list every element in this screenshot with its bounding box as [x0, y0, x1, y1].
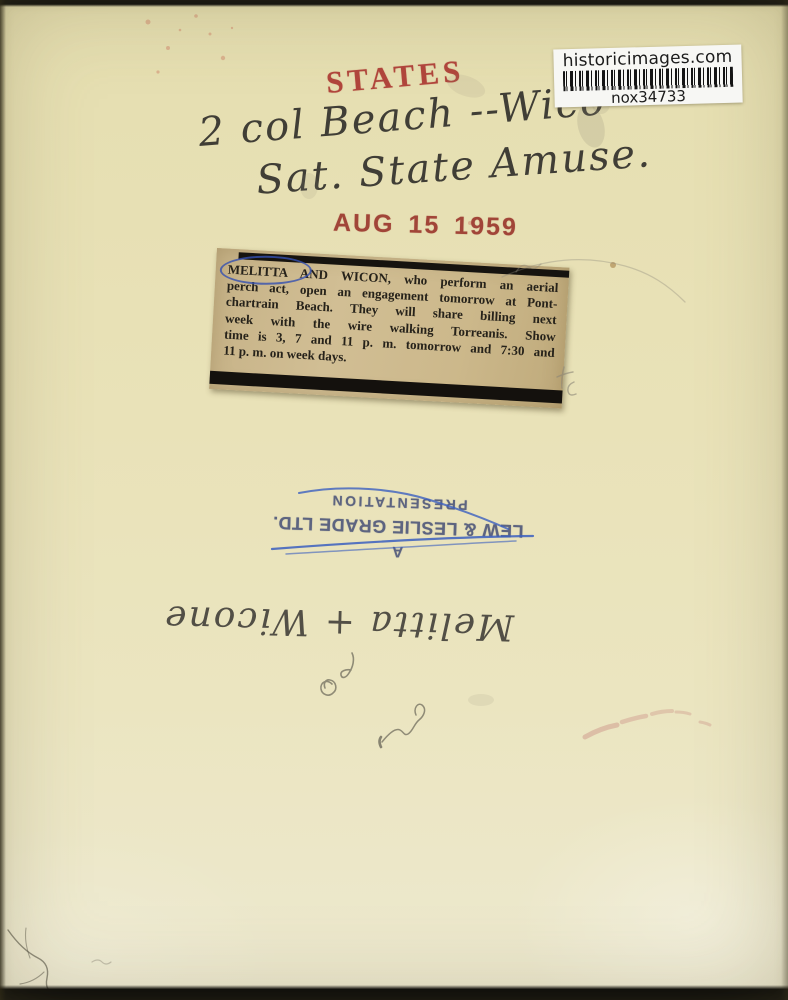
photo-edge-top [0, 0, 788, 7]
photo-edge-left [0, 0, 6, 1000]
handwriting-names-inverted: Melitta + Wicone [166, 597, 515, 647]
agency-stamp-line-a: A [271, 539, 523, 565]
agency-stamp: A LEW & LESLIE GRADE LTD. PRESENTATION [271, 491, 525, 565]
smudge [468, 694, 494, 706]
date-stamp: AUG 15 1959 [333, 209, 519, 243]
barcode-sticker: historicimages.com nox34733 [553, 45, 742, 108]
clipping-bottom-rule [209, 371, 562, 404]
melitta-circle-annotation [220, 256, 312, 285]
press-photo-back: historicimages.com nox34733 STATES 2 col… [0, 0, 788, 1000]
pencil-squiggles [92, 653, 425, 964]
agency-stamp-line-name: LEW & LESLIE GRADE LTD. [272, 512, 525, 542]
photo-edge-bottom [0, 985, 788, 1000]
news-clipping: MELITTA AND WICON, who perform an aerial… [209, 248, 569, 408]
red-ink-smear [585, 711, 710, 737]
glue-spot [610, 262, 616, 268]
photo-edge-right [781, 0, 788, 1000]
agency-stamp-line-presentation: PRESENTATION [273, 491, 525, 516]
sticker-code-text: nox34733 [554, 87, 742, 109]
